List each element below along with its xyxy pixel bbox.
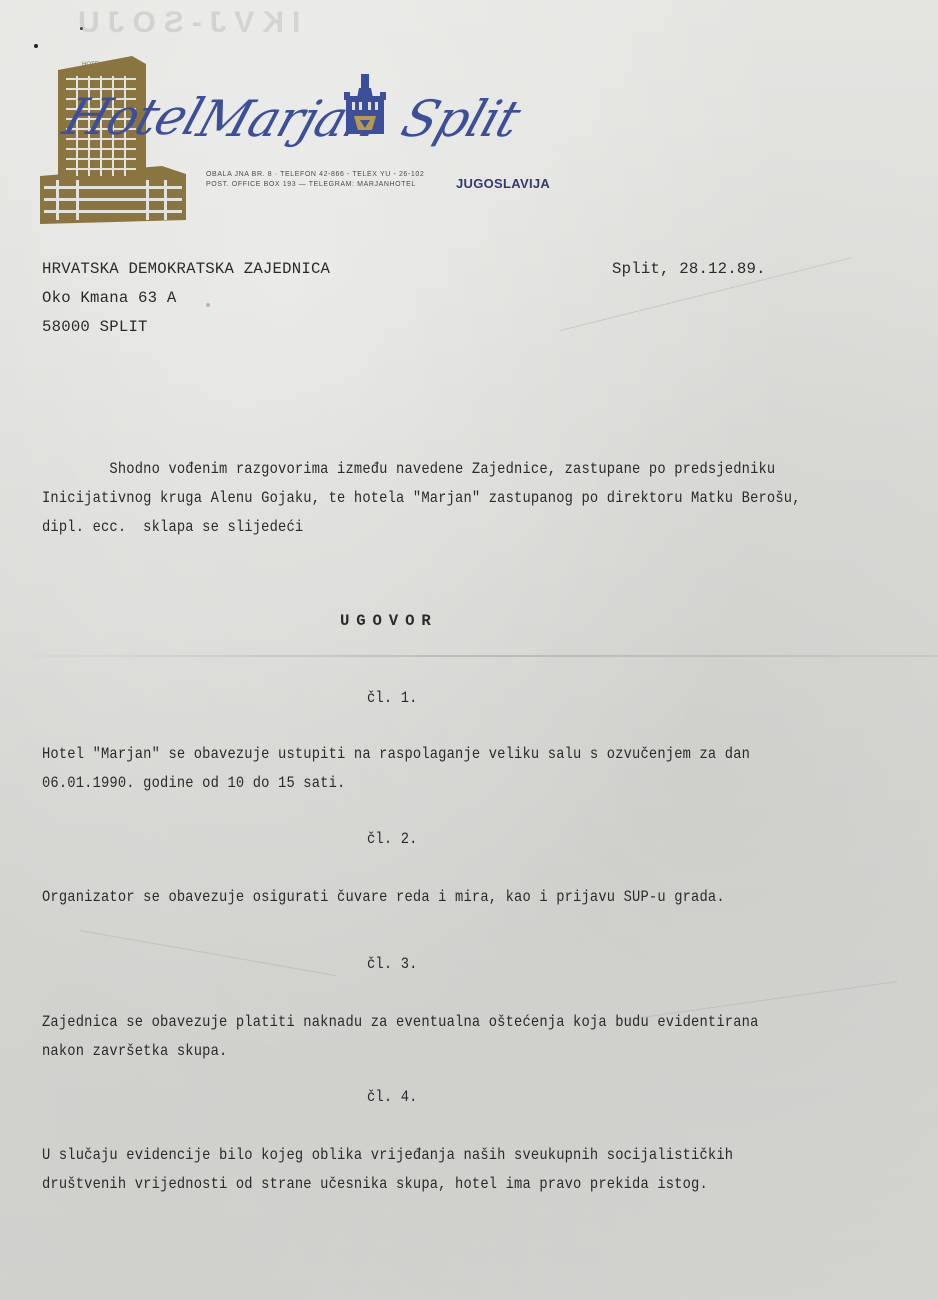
intro-line: Shodno vođenim razgovorima između navede… <box>42 460 775 478</box>
article-text-line: Zajednica se obavezuje platiti naknadu z… <box>42 1013 759 1031</box>
recipient-name: HRVATSKA DEMOKRATSKA ZAJEDNICA <box>42 260 330 278</box>
letterhead-country: JUGOSLAVIJA <box>456 176 550 191</box>
contact-address-line: OBALA JNA BR. 8 · TELEFON 42-866 - TELEX… <box>206 171 424 178</box>
intro-line: dipl. ecc. sklapa se slijedeći <box>42 518 303 536</box>
recipient-city: 58000 SPLIT <box>42 318 148 336</box>
article-label: čl. 1. <box>367 689 418 707</box>
article-label: čl. 4. <box>367 1088 418 1106</box>
article-text-line: društvenih vrijednosti od strane učesnik… <box>42 1175 708 1193</box>
letter-date: Split, 28.12.89. <box>612 260 766 278</box>
contact-postal-line: POST. OFFICE BOX 193 — TELEGRAM: MARJANH… <box>206 181 416 188</box>
article-label: čl. 3. <box>367 955 418 973</box>
contract-title: UGOVOR <box>340 612 438 630</box>
article-text-line: Hotel "Marjan" se obavezuje ustupiti na … <box>42 745 750 763</box>
article-text-line: U slučaju evidencije bilo kojeg oblika v… <box>42 1146 733 1164</box>
paper-fold-line <box>0 655 938 657</box>
recipient-street: Oko Kmana 63 A <box>42 289 176 307</box>
ink-speck <box>206 303 210 307</box>
hotel-script-word: Hotel <box>57 88 210 146</box>
show-through-text: IKVJ-SOJU <box>70 6 300 40</box>
letterhead: IKVJ-SOJU <box>0 0 938 240</box>
article-label: čl. 2. <box>367 830 418 848</box>
hotel-contact-info: OBALA JNA BR. 8 · TELEFON 42-866 - TELEX… <box>206 170 424 190</box>
split-script-word: Split <box>395 90 527 148</box>
article-text-line: Organizator se obavezuje osigurati čuvar… <box>42 888 725 906</box>
article-text-line: nakon završetka skupa. <box>42 1042 227 1060</box>
article-text-line: 06.01.1990. godine od 10 do 15 sati. <box>42 774 345 792</box>
city-crest-icon <box>344 74 386 136</box>
intro-line: Inicijativnog kruga Alenu Gojaku, te hot… <box>42 489 801 507</box>
svg-text:HOTEL MARJAN: HOTEL MARJAN <box>82 62 128 68</box>
